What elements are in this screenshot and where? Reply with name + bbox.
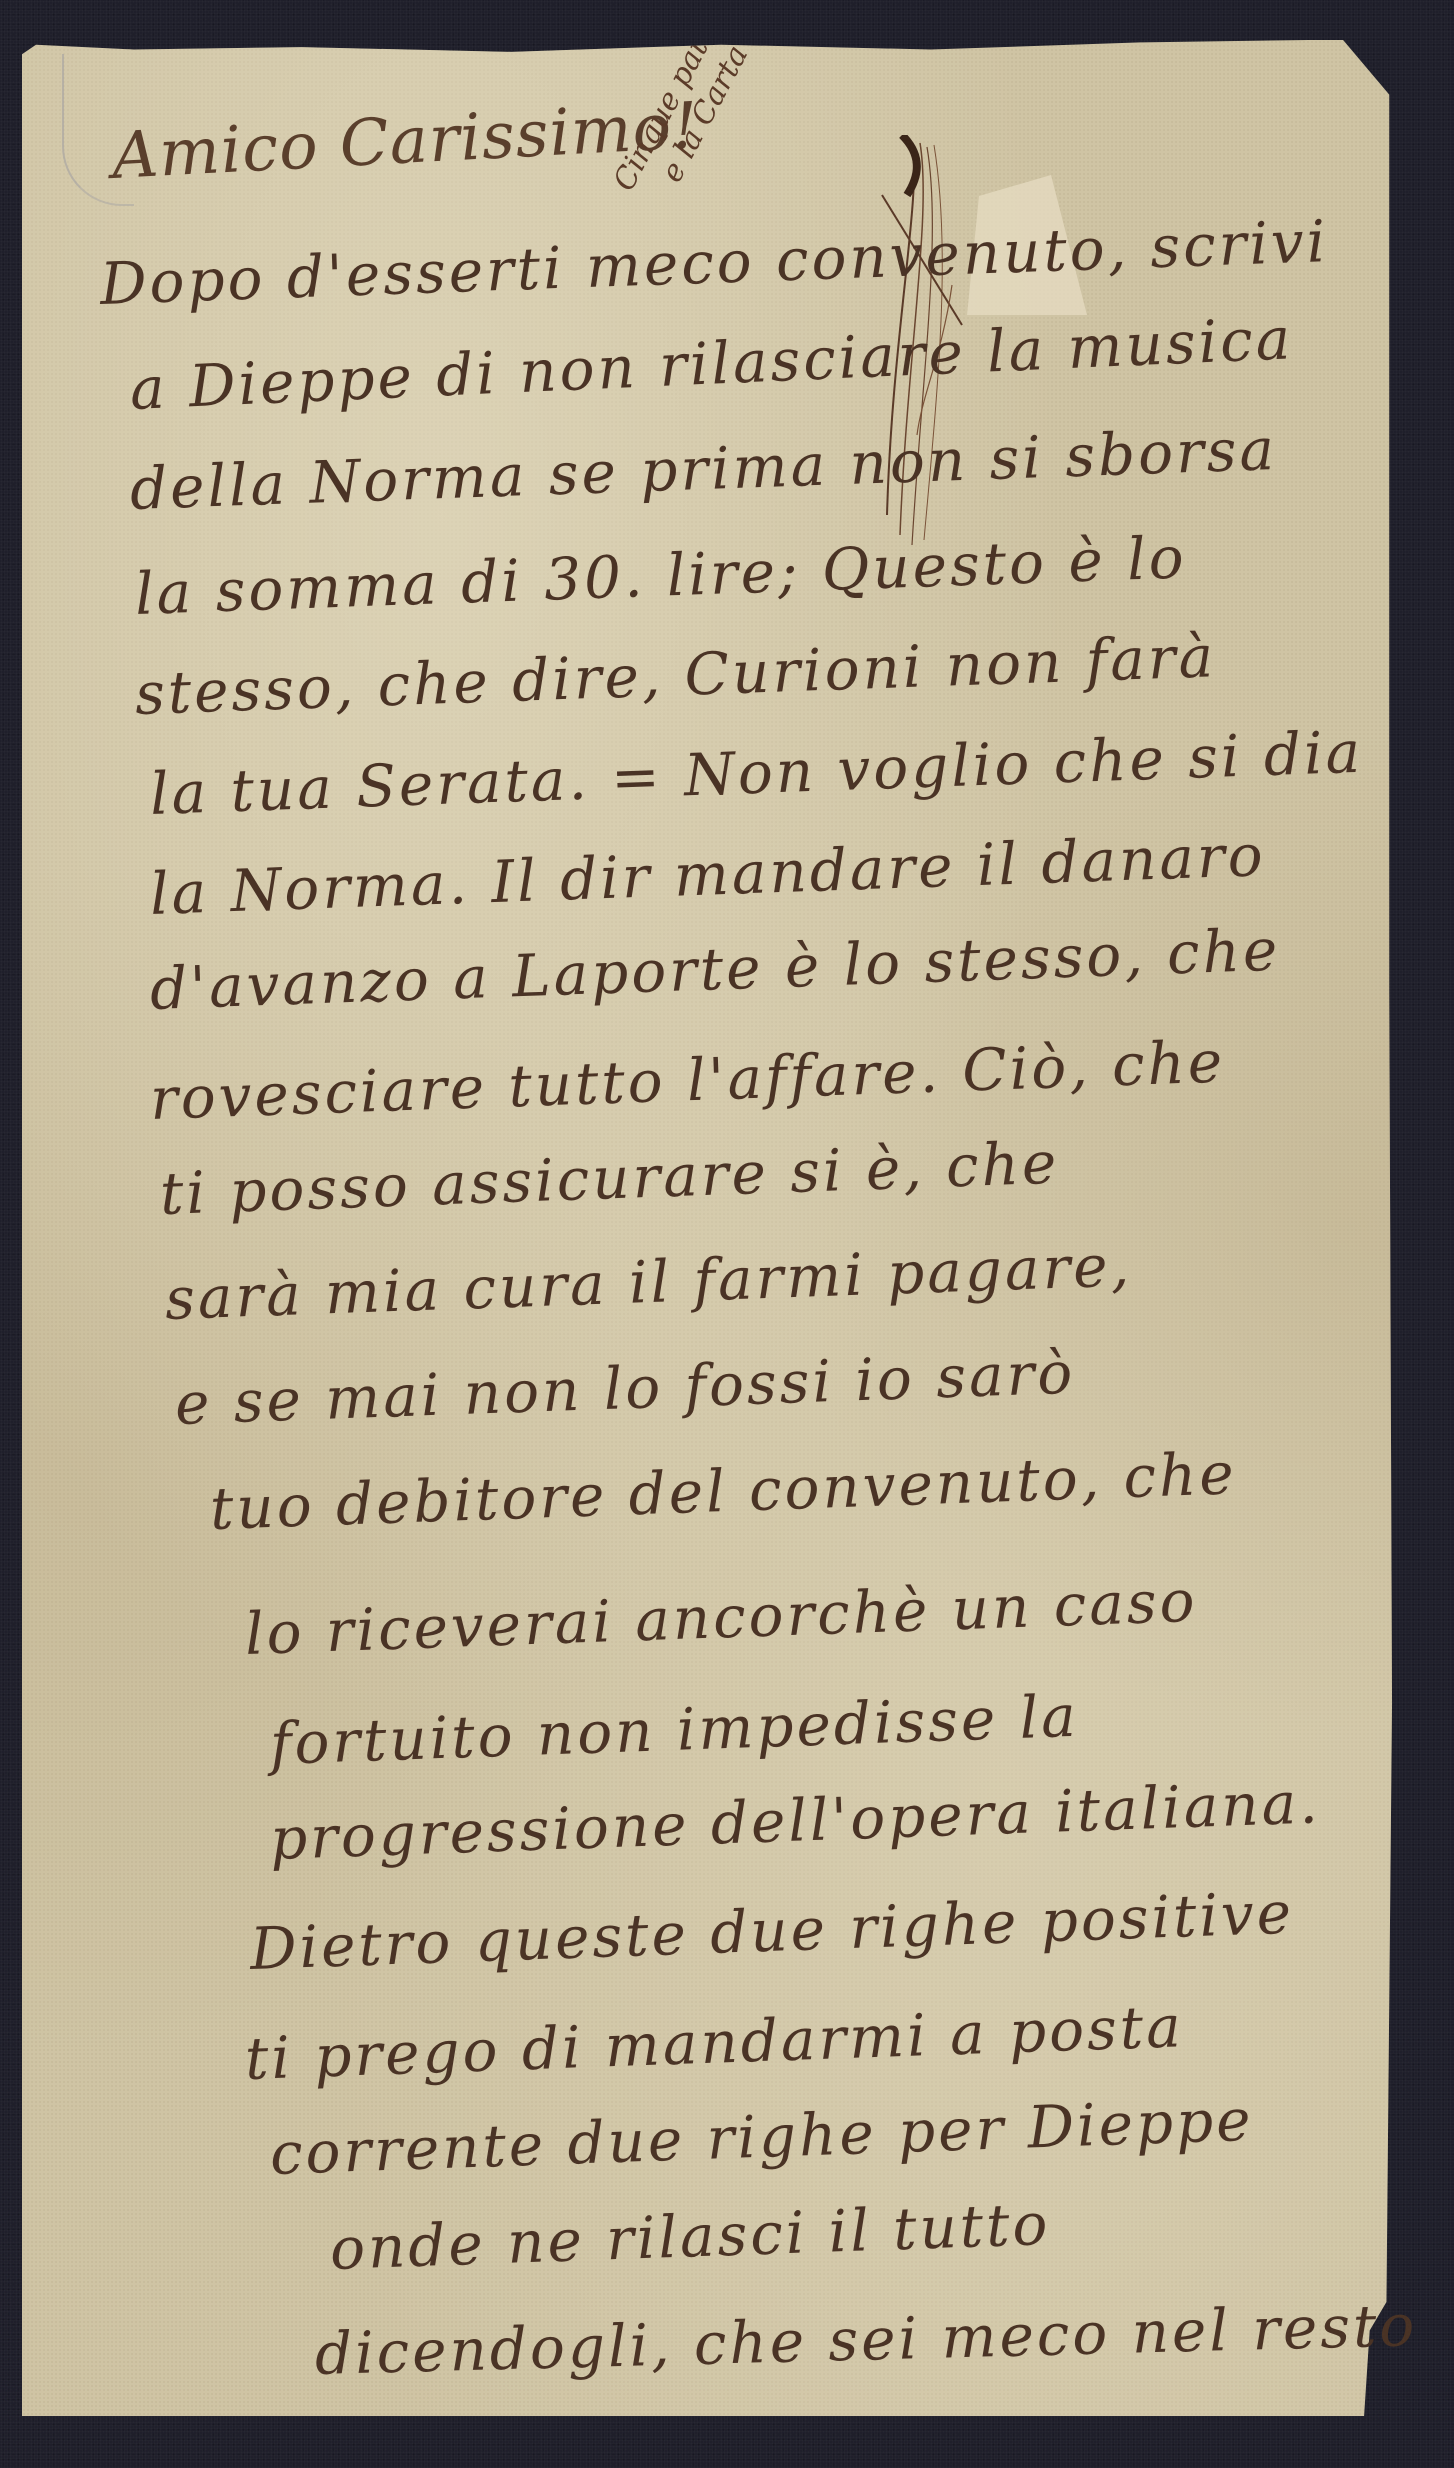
body-line: della Norma se prima non si sborsa <box>129 415 1278 523</box>
body-line: corrente due righe per Dieppe <box>269 2086 1255 2188</box>
body-line: Dietro queste due righe positive <box>249 1879 1295 1983</box>
body-line: la tua Serata. = Non voglio che si dia <box>149 718 1364 828</box>
body-line: la Norma. Il dir mandare il danaro <box>149 821 1267 928</box>
body-line: d'avanzo a Laporte è lo stesso, che <box>149 916 1281 1023</box>
letter-body: Dopo d'esserti meco convenuto, scrivi a … <box>0 0 1454 2468</box>
body-line: lo riceverai ancorchè un caso <box>244 1567 1199 1668</box>
body-line: tuo debitore del convenuto, che <box>209 1439 1238 1543</box>
body-line: onde ne rilasci il tutto <box>329 2190 1052 2283</box>
body-line: progressione dell'opera italiana. <box>269 1768 1322 1873</box>
body-line: a Dieppe di non rilasciare la musica <box>129 304 1295 423</box>
body-line: ti posso assicurare si è, che <box>159 1129 1060 1228</box>
body-line: fortuito non impedisse la <box>269 1682 1080 1778</box>
body-line: dicendogli, che sei meco nel resto <box>314 2291 1418 2388</box>
body-line: ti prego di mandarmi a posta <box>244 1992 1185 2093</box>
body-line: sarà mia cura il farmi pagare, <box>164 1231 1133 1333</box>
body-line: stesso, che dire, Curioni non farà <box>134 622 1217 728</box>
body-line: e se mai non lo fossi io sarò <box>174 1339 1076 1438</box>
body-line: Dopo d'esserti meco convenuto, scrivi <box>99 207 1329 318</box>
body-line: rovesciare tutto l'affare. Ciò, che <box>149 1027 1226 1132</box>
body-line: la somma di 30. lire; Questo è lo <box>134 523 1188 628</box>
